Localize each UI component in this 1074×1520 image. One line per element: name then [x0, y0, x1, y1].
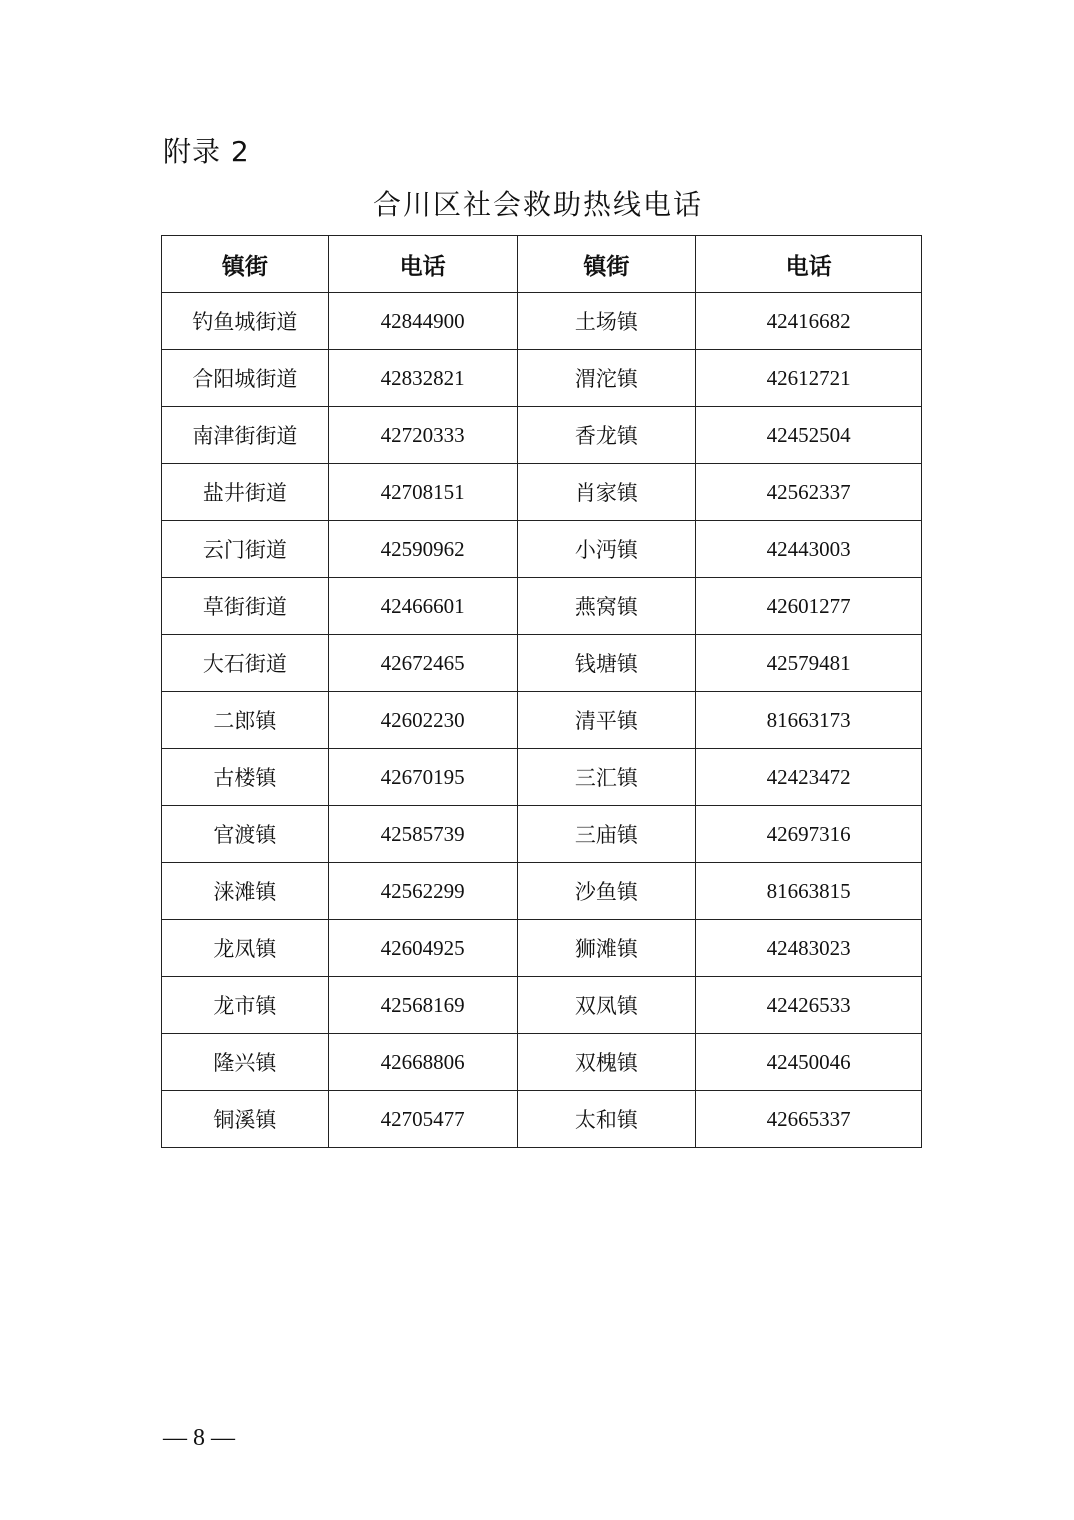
cell-phone: 42672465: [328, 635, 517, 692]
header-town: 镇街: [162, 236, 329, 293]
table-row: 云门街道42590962小沔镇42443003: [162, 521, 922, 578]
cell-town: 土场镇: [517, 293, 696, 350]
cell-town: 渭沱镇: [517, 350, 696, 407]
header-phone: 电话: [696, 236, 922, 293]
cell-phone: 42844900: [328, 293, 517, 350]
cell-phone: 42450046: [696, 1034, 922, 1091]
cell-town: 小沔镇: [517, 521, 696, 578]
table-row: 官渡镇42585739三庙镇42697316: [162, 806, 922, 863]
table-row: 龙凤镇42604925狮滩镇42483023: [162, 920, 922, 977]
cell-phone: 42832821: [328, 350, 517, 407]
cell-town: 沙鱼镇: [517, 863, 696, 920]
cell-phone: 42720333: [328, 407, 517, 464]
cell-phone: 42705477: [328, 1091, 517, 1148]
cell-town: 钱塘镇: [517, 635, 696, 692]
table-row: 草街街道42466601燕窝镇42601277: [162, 578, 922, 635]
cell-town: 双凤镇: [517, 977, 696, 1034]
cell-town: 太和镇: [517, 1091, 696, 1148]
cell-phone: 42668806: [328, 1034, 517, 1091]
cell-phone: 42452504: [696, 407, 922, 464]
cell-phone: 42604925: [328, 920, 517, 977]
cell-town: 涞滩镇: [162, 863, 329, 920]
cell-phone: 42426533: [696, 977, 922, 1034]
cell-town: 肖家镇: [517, 464, 696, 521]
header-phone: 电话: [328, 236, 517, 293]
table-row: 龙市镇42568169双凤镇42426533: [162, 977, 922, 1034]
cell-town: 大石街道: [162, 635, 329, 692]
cell-town: 钓鱼城街道: [162, 293, 329, 350]
cell-phone: 42590962: [328, 521, 517, 578]
cell-phone: 42562299: [328, 863, 517, 920]
cell-phone: 42601277: [696, 578, 922, 635]
cell-town: 合阳城街道: [162, 350, 329, 407]
cell-phone: 42697316: [696, 806, 922, 863]
cell-town: 草街街道: [162, 578, 329, 635]
cell-town: 盐井街道: [162, 464, 329, 521]
table-row: 古楼镇42670195三汇镇42423472: [162, 749, 922, 806]
cell-phone: 81663173: [696, 692, 922, 749]
cell-town: 清平镇: [517, 692, 696, 749]
cell-phone: 42585739: [328, 806, 517, 863]
cell-phone: 42602230: [328, 692, 517, 749]
cell-phone: 42443003: [696, 521, 922, 578]
table-header-row: 镇街 电话 镇街 电话: [162, 236, 922, 293]
table-row: 大石街道42672465钱塘镇42579481: [162, 635, 922, 692]
cell-town: 双槐镇: [517, 1034, 696, 1091]
cell-town: 香龙镇: [517, 407, 696, 464]
cell-phone: 81663815: [696, 863, 922, 920]
cell-phone: 42670195: [328, 749, 517, 806]
cell-phone: 42579481: [696, 635, 922, 692]
cell-phone: 42612721: [696, 350, 922, 407]
cell-town: 南津街街道: [162, 407, 329, 464]
table-row: 隆兴镇42668806双槐镇42450046: [162, 1034, 922, 1091]
cell-phone: 42483023: [696, 920, 922, 977]
cell-town: 龙凤镇: [162, 920, 329, 977]
cell-phone: 42466601: [328, 578, 517, 635]
cell-phone: 42568169: [328, 977, 517, 1034]
table-row: 合阳城街道42832821渭沱镇42612721: [162, 350, 922, 407]
cell-town: 三庙镇: [517, 806, 696, 863]
cell-town: 官渡镇: [162, 806, 329, 863]
table-row: 二郎镇42602230清平镇81663173: [162, 692, 922, 749]
cell-town: 燕窝镇: [517, 578, 696, 635]
table-row: 涞滩镇42562299沙鱼镇81663815: [162, 863, 922, 920]
cell-town: 隆兴镇: [162, 1034, 329, 1091]
cell-town: 铜溪镇: [162, 1091, 329, 1148]
table-row: 钓鱼城街道42844900土场镇42416682: [162, 293, 922, 350]
cell-phone: 42708151: [328, 464, 517, 521]
cell-phone: 42562337: [696, 464, 922, 521]
cell-town: 二郎镇: [162, 692, 329, 749]
table-row: 南津街街道42720333香龙镇42452504: [162, 407, 922, 464]
cell-phone: 42416682: [696, 293, 922, 350]
document-title: 合川区社会救助热线电话: [0, 183, 1074, 223]
cell-phone: 42665337: [696, 1091, 922, 1148]
cell-town: 狮滩镇: [517, 920, 696, 977]
cell-town: 古楼镇: [162, 749, 329, 806]
cell-town: 龙市镇: [162, 977, 329, 1034]
appendix-label: 附录 2: [163, 130, 250, 170]
table-row: 盐井街道42708151肖家镇42562337: [162, 464, 922, 521]
header-town: 镇街: [517, 236, 696, 293]
table-row: 铜溪镇42705477太和镇42665337: [162, 1091, 922, 1148]
page-number: — 8 —: [163, 1425, 235, 1452]
hotline-table: 镇街 电话 镇街 电话 钓鱼城街道42844900土场镇42416682合阳城街…: [161, 235, 922, 1148]
cell-town: 云门街道: [162, 521, 329, 578]
cell-town: 三汇镇: [517, 749, 696, 806]
cell-phone: 42423472: [696, 749, 922, 806]
